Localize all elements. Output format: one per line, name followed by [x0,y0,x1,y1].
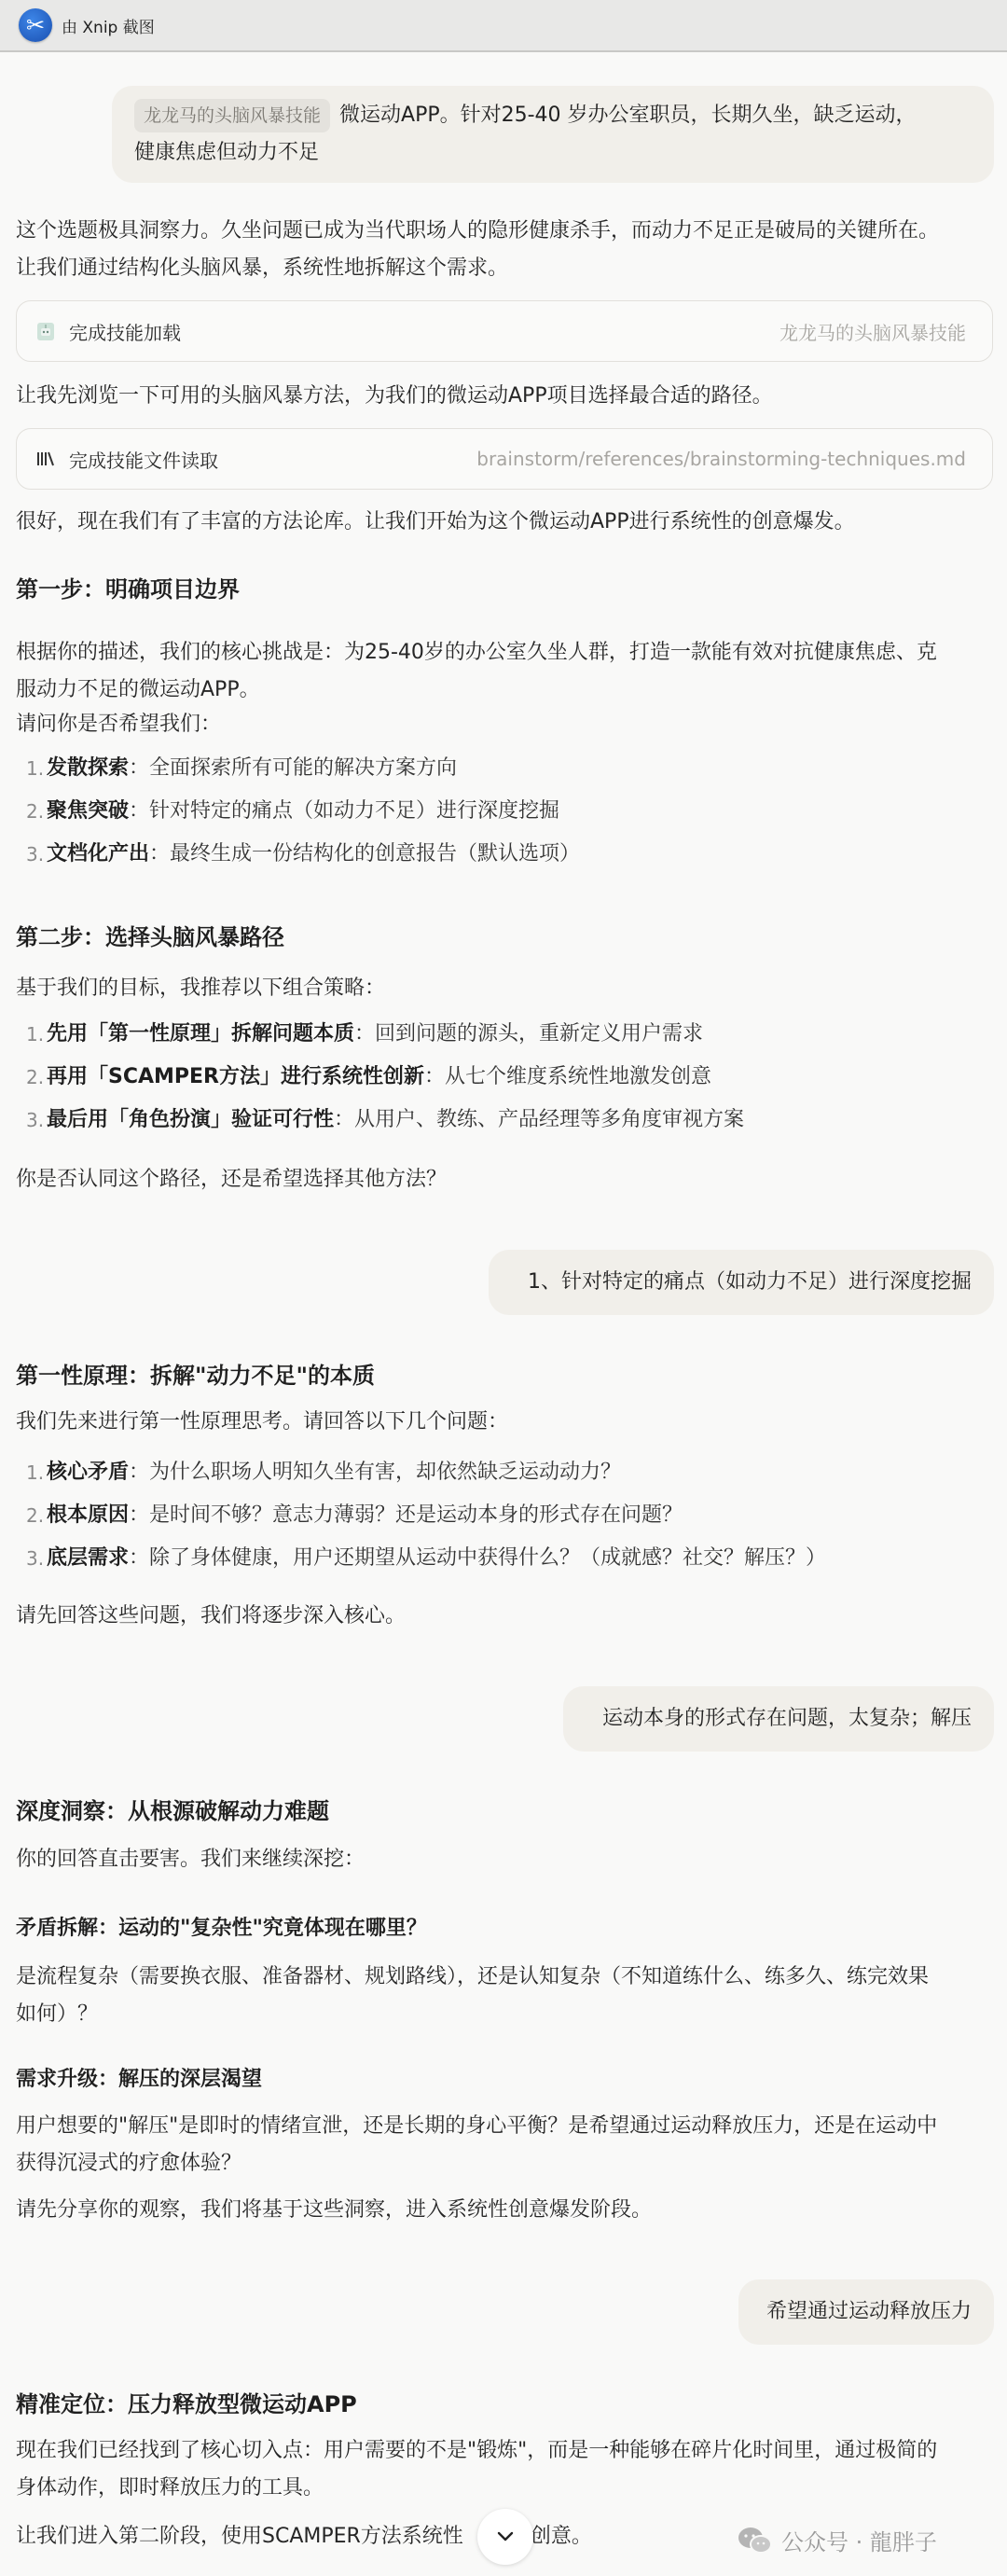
section-heading: 第一步：明确项目边界 [16,571,240,603]
list-item-title: 再用「SCAMPER方法」进行系统性创新 [47,1059,424,1096]
list-item-text: ：从七个维度系统性地激发创意 [424,1059,711,1096]
user-message-bubble: 运动本身的形式存在问题，太复杂；解压 [563,1686,994,1752]
library-books-icon [35,448,56,470]
tool-card-label: 完成技能加载 [69,318,779,345]
skill-robot-icon [35,320,56,342]
assistant-paragraph: 请问你是否希望我们： [16,706,995,743]
user-message-bubble: 希望通过运动释放压力 [738,2279,994,2345]
list-item-text: ：是时间不够？意志力薄弱？还是运动本身的形式存在问题？ [129,1497,683,1534]
list-item: 2. 再用「SCAMPER方法」进行系统性创新 ：从七个维度系统性地激发创意 [26,1056,744,1099]
user-message-text: 1、针对特定的痛点（如动力不足）进行深度挖掘 [528,1270,972,1294]
assistant-paragraph: 基于我们的目标，我推荐以下组合策略： [16,970,995,1007]
paragraph-line: 现在我们已经找到了核心切入点：用户需要的不是"锻炼"，而是一种能够在碎片化时间里… [16,2432,995,2470]
user-message-bubble: 龙龙马的头脑风暴技能 微运动APP。针对25-40 岁办公室职员，长期久坐，缺乏… [112,86,994,183]
list-item: 3. 底层需求 ：除了身体健康，用户还期望从运动中获得什么？（成就感？社交？解压… [26,1537,826,1580]
assistant-paragraph: 根据你的描述，我们的核心挑战是：为25-40岁的办公室久坐人群，打造一款能有效对… [16,634,995,709]
user-message-text: 健康焦虑但动力不足 [134,134,972,172]
list-item: 3. 最后用「角色扮演」验证可行性 ：从用户、教练、产品经理等多角度审视方案 [26,1099,744,1142]
assistant-paragraph: 我们先来进行第一性原理思考。请回答以下几个问题： [16,1404,995,1441]
list-item-title: 核心矛盾 [47,1454,129,1491]
assistant-paragraph: 这个选题极具洞察力。久坐问题已成为当代职场人的隐形健康杀手，而动力不足正是破局的… [16,213,995,287]
user-message-bubble: 1、针对特定的痛点（如动力不足）进行深度挖掘 [489,1250,994,1315]
tool-card-label: 完成技能文件读取 [69,446,476,473]
assistant-paragraph: 现在我们已经找到了核心切入点：用户需要的不是"锻炼"，而是一种能够在碎片化时间里… [16,2432,995,2507]
list-item-text: ：除了身体健康，用户还期望从运动中获得什么？（成就感？社交？解压？） [129,1540,826,1577]
ordered-list: 1. 发散探索 ：全面探索所有可能的解决方案方向 2. 聚焦突破 ：针对特定的痛… [26,747,580,876]
paragraph-line: 获得沉浸式的疗愈体验？ [16,2145,995,2182]
list-item-text: ：全面探索所有可能的解决方案方向 [129,750,457,787]
section-heading: 第一性原理：拆解"动力不足"的本质 [16,1357,375,1390]
list-item-title: 根本原因 [47,1497,129,1534]
list-number: 3. [26,1540,47,1577]
assistant-paragraph: 你的回答直击要害。我们来继续深挖： [16,1841,995,1878]
list-item-text: ：从用户、教练、产品经理等多角度审视方案 [334,1101,744,1139]
list-item: 1. 发散探索 ：全面探索所有可能的解决方案方向 [26,747,580,790]
list-item: 2. 聚焦突破 ：针对特定的痛点（如动力不足）进行深度挖掘 [26,790,580,833]
paragraph-line: 用户想要的"解压"是即时的情绪宣泄，还是长期的身心平衡？是希望通过运动释放压力，… [16,2108,995,2145]
list-number: 3. [26,1101,47,1139]
list-item-title: 聚焦突破 [47,793,129,830]
list-item-title: 先用「第一性原理」拆解问题本质 [47,1016,354,1053]
tool-card-skill-load[interactable]: 完成技能加载 龙龙马的头脑风暴技能 [16,300,993,362]
assistant-paragraph: 是流程复杂（需要换衣服、准备器材、规划路线），还是认知复杂（不知道练什么、练多久… [16,1959,995,2033]
assistant-paragraph: 你是否认同这个路径，还是希望选择其他方法？ [16,1161,995,1198]
scroll-to-bottom-button[interactable] [477,2509,533,2565]
list-item: 1. 核心矛盾 ：为什么职场人明知久坐有害，却依然缺乏运动动力？ [26,1451,826,1494]
list-item-text: ：回到问题的源头，重新定义用户需求 [354,1016,703,1053]
user-message-text: 希望通过运动释放压力 [766,2300,972,2323]
list-number: 2. [26,1497,47,1534]
subsection-heading: 矛盾拆解：运动的"复杂性"究竟体现在哪里？ [16,1912,427,1941]
user-message-text: 运动本身的形式存在问题，太复杂；解压 [602,1707,972,1730]
list-item-title: 最后用「角色扮演」验证可行性 [47,1101,334,1139]
skill-tag[interactable]: 龙龙马的头脑风暴技能 [134,99,330,132]
list-item: 3. 文档化产出 ：最终生成一份结构化的创意报告（默认选项） [26,833,580,876]
assistant-paragraph: 用户想要的"解压"是即时的情绪宣泄，还是长期的身心平衡？是希望通过运动释放压力，… [16,2108,995,2182]
list-number: 1. [26,750,47,787]
user-message-text: 微运动APP。针对25-40 岁办公室职员，长期久坐，缺乏运动， [339,97,917,134]
list-item: 2. 根本原因 ：是时间不够？意志力薄弱？还是运动本身的形式存在问题？ [26,1494,826,1537]
section-heading: 第二步：选择头脑风暴路径 [16,919,284,951]
section-heading: 深度洞察：从根源破解动力难题 [16,1793,329,1825]
assistant-paragraph: 很好，现在我们有了丰富的方法论库。让我们开始为这个微运动APP进行系统性的创意爆… [16,504,995,541]
tool-card-detail: brainstorm/references/brainstorming-tech… [476,448,966,470]
list-item-text: ：针对特定的痛点（如动力不足）进行深度挖掘 [129,793,559,830]
section-heading: 精准定位：压力释放型微运动APP [16,2386,357,2418]
subsection-heading: 需求升级：解压的深层渴望 [16,2063,262,2092]
paragraph-line: 身体动作，即时释放压力的工具。 [16,2470,995,2507]
wechat-icon [737,2526,774,2555]
ordered-list: 1. 先用「第一性原理」拆解问题本质 ：回到问题的源头，重新定义用户需求 2. … [26,1013,744,1142]
list-number: 3. [26,836,47,873]
list-number: 1. [26,1454,47,1491]
list-item-title: 底层需求 [47,1540,129,1577]
assistant-paragraph: 让我先浏览一下可用的头脑风暴方法，为我们的微运动APP项目选择最合适的路径。 [16,378,995,415]
tool-card-file-read[interactable]: 完成技能文件读取 brainstorm/references/brainstor… [16,428,993,490]
list-item-title: 发散探索 [47,750,129,787]
chevron-down-icon [496,2528,515,2546]
list-item-text: ：为什么职场人明知久坐有害，却依然缺乏运动动力？ [129,1454,621,1491]
list-number: 2. [26,793,47,830]
xnip-scissors-icon: ✂ [19,8,52,42]
paragraph-line: 让我们通过结构化头脑风暴，系统性地拆解这个需求。 [16,250,995,287]
paragraph-line: 这个选题极具洞察力。久坐问题已成为当代职场人的隐形健康杀手，而动力不足正是破局的… [16,213,995,250]
assistant-paragraph: 请先分享你的观察，我们将基于这些洞察，进入系统性创意爆发阶段。 [16,2192,995,2229]
list-item: 1. 先用「第一性原理」拆解问题本质 ：回到问题的源头，重新定义用户需求 [26,1013,744,1056]
paragraph-text: 让我们进入第二阶段，使用SCAMPER方法系统性 [16,2525,463,2548]
list-number: 2. [26,1059,47,1096]
paragraph-line: 是流程复杂（需要换衣服、准备器材、规划路线），还是认知复杂（不知道练什么、练多久… [16,1959,995,1996]
assistant-paragraph: 请先回答这些问题，我们将逐步深入核心。 [16,1598,995,1635]
list-item-text: ：最终生成一份结构化的创意报告（默认选项） [149,836,580,873]
list-item-title: 文档化产出 [47,836,149,873]
watermark: 公众号 · 龍胖子 [737,2524,937,2556]
tool-card-detail: 龙龙马的头脑风暴技能 [779,318,966,345]
window-titlebar: ✂ 由 Xnip 截图 [0,0,1007,52]
paragraph-line: 根据你的描述，我们的核心挑战是：为25-40岁的办公室久坐人群，打造一款能有效对… [16,634,995,672]
window-title: 由 Xnip 截图 [62,14,155,37]
paragraph-line: 服动力不足的微运动APP。 [16,672,995,709]
paragraph-line: 如何）？ [16,1996,995,2033]
ordered-list: 1. 核心矛盾 ：为什么职场人明知久坐有害，却依然缺乏运动动力？ 2. 根本原因… [26,1451,826,1580]
list-number: 1. [26,1016,47,1053]
watermark-text: 公众号 · 龍胖子 [781,2524,937,2556]
